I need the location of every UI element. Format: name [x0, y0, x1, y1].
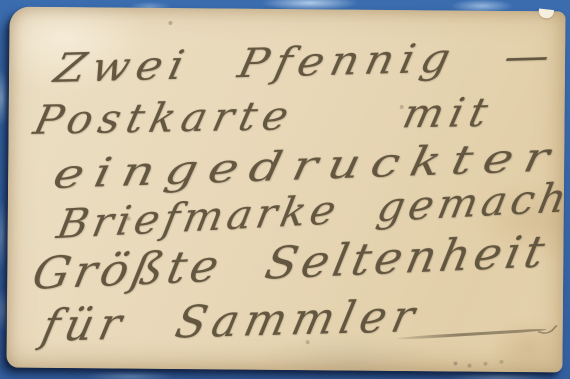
- photo-background: Zwei Pfennig — Postkarte mit eingedruckt…: [0, 0, 570, 379]
- corner-chip: [538, 8, 554, 19]
- paper-specks: [10, 7, 12, 9]
- handwriting-line-2: Postkarte mit: [30, 93, 497, 141]
- pencil-flourish-stroke: [397, 328, 547, 340]
- handwriting-line-1: Zwei Pfennig —: [51, 36, 561, 89]
- postcard: Zwei Pfennig — Postkarte mit eingedruckt…: [6, 7, 565, 373]
- handwriting-line-6: für Sammler: [38, 295, 424, 349]
